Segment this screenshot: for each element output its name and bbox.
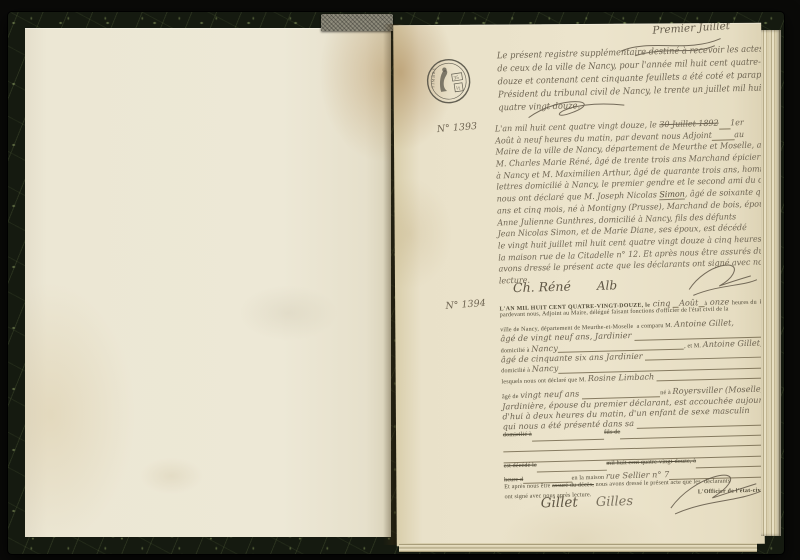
printed-form-text: domicilié à: [501, 368, 532, 375]
bottom-page-edges: [399, 543, 757, 552]
stamp-fraction: ½: [456, 84, 461, 92]
act-number-1394: N° 1394: [445, 298, 486, 312]
printed-form-text: assuré du décès,: [552, 482, 594, 489]
printed-form-text: fils de: [604, 429, 620, 435]
stamp-word: TIMBRE: [430, 67, 436, 88]
signature-declarant-1: Ch. Réné: [513, 279, 571, 296]
stamp-value: 35: [453, 76, 459, 82]
printed-form-text: lesquels nous ont déclaré que M.: [501, 377, 587, 385]
stacked-page-edges: [761, 30, 781, 536]
revenue-stamp-icon: 35 ½ TIMBRE: [422, 55, 474, 108]
printed-form-text: est décédé le: [504, 462, 537, 469]
handwritten-text: Simon: [659, 189, 685, 201]
handwritten-text: Nancy: [532, 363, 559, 374]
act-number-1393: N° 1393: [436, 121, 477, 135]
handwritten-text: 30 Juillet 1892: [659, 118, 719, 130]
printed-form-text: L'Officier de l'état-civil,: [698, 488, 765, 496]
signature-gilles: Gilles: [596, 494, 634, 510]
page-header-annotation: Premier Juillet: [652, 23, 730, 37]
handwritten-text: Antoine Gillet,: [703, 337, 763, 349]
handwritten-text: , âgé de soixante quatre: [685, 186, 765, 199]
printed-form-text: heures du: [732, 300, 757, 307]
handwritten-text: Nancy: [531, 342, 558, 353]
handwritten-text: 1er: [730, 117, 744, 127]
handwritten-text: quatre vingt douze.: [498, 101, 580, 113]
death-act-1393-text: L'an mil huit cent quatre vingt douze, l…: [495, 117, 748, 287]
signature-gillet: Gillet: [541, 494, 579, 511]
printed-form-text: né à: [660, 390, 672, 396]
handwritten-text: au: [734, 129, 744, 139]
handwritten-text: Rosine Limbach: [588, 371, 657, 383]
seated-figure-glyph: [438, 70, 450, 92]
signature-declarant-2: Alb: [597, 278, 618, 293]
handwritten-text: Antoine Gillet,: [674, 317, 734, 329]
handwritten-text: onze: [707, 296, 732, 307]
blank-rule: [719, 126, 731, 129]
printed-form-text: Et après nous être: [504, 483, 552, 490]
printed-form-text: mil huit cent quatre-vingt-douze, à: [606, 458, 696, 466]
printed-form-text: , et M.: [684, 343, 703, 349]
signatures-act-1394: Gillet Gilles: [541, 493, 634, 511]
blank-left-page: [25, 28, 391, 537]
photographed-register-scene: Premier Juillet 35 ½ TIMBRE Le présent r…: [0, 0, 800, 560]
blank-rule: [657, 376, 764, 382]
handwritten-text: cinq: [650, 298, 673, 309]
birth-act-1394-form: L'AN MIL HUIT CENT QUATRE-VINGT-DOUZE, l…: [499, 296, 764, 505]
printed-form-text: domicilié à: [503, 431, 532, 438]
handwritten-text: Août: [679, 297, 699, 308]
right-page-content: Premier Juillet 35 ½ TIMBRE Le présent r…: [393, 23, 765, 547]
right-page: Premier Juillet 35 ½ TIMBRE Le présent r…: [393, 23, 765, 547]
register-preamble: Le présent registre supplémentaire desti…: [497, 45, 736, 116]
